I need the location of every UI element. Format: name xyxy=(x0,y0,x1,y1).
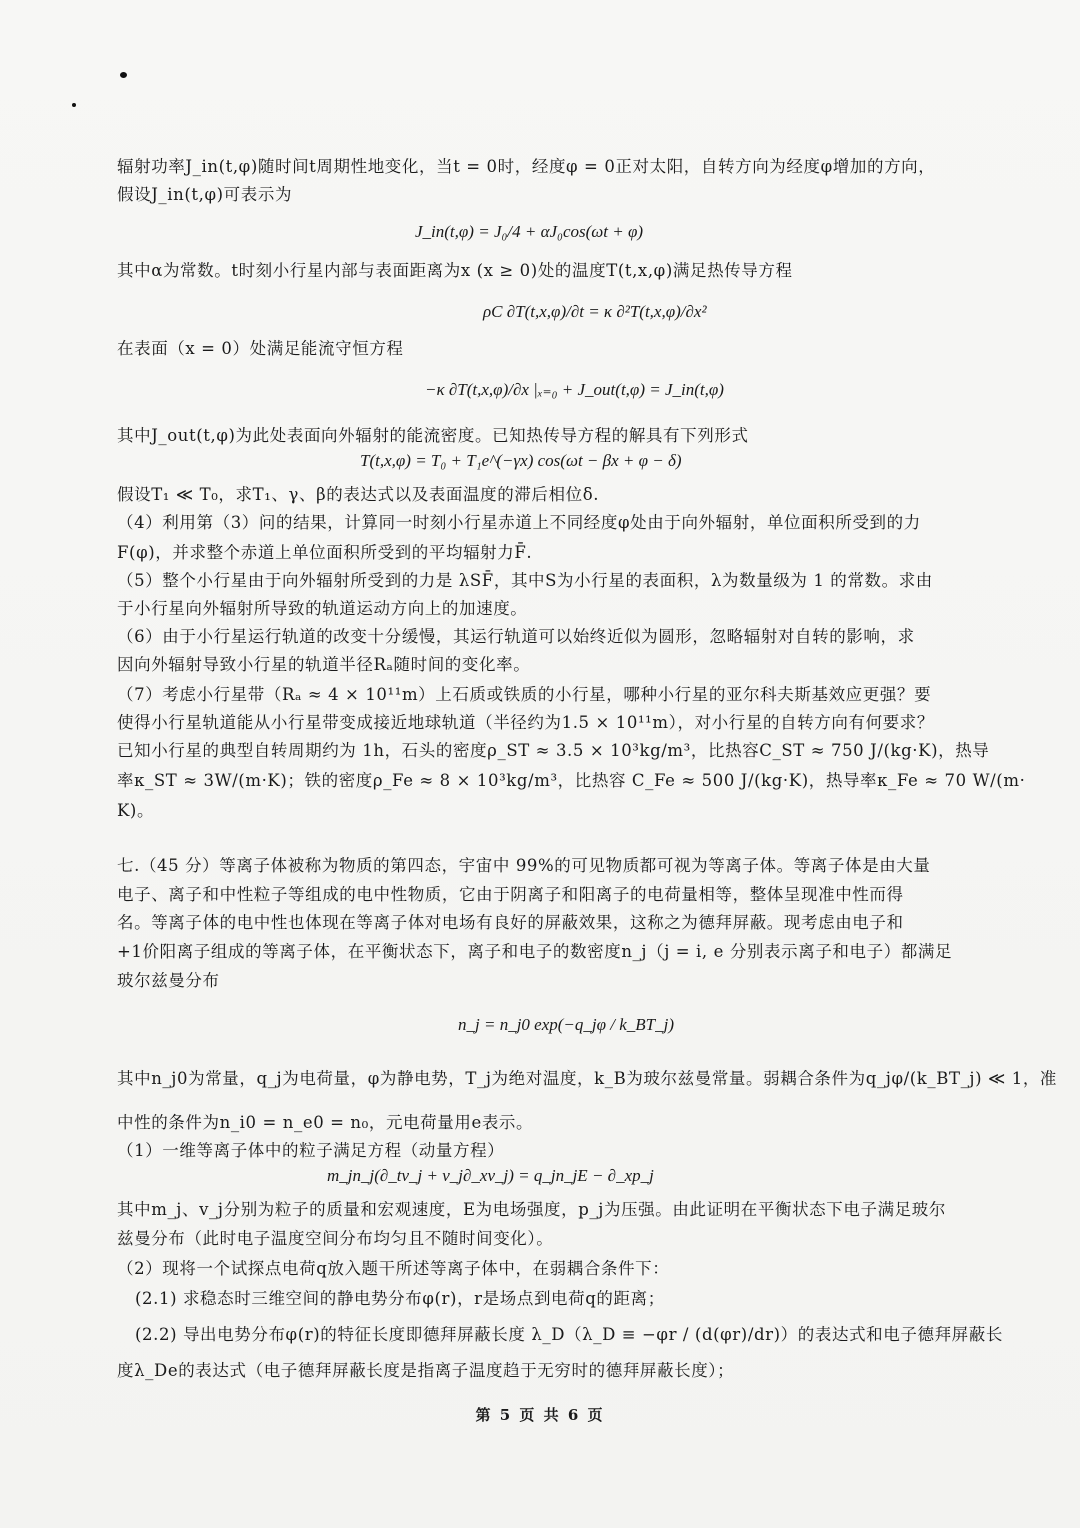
text-line: F(φ)，并求整个赤道上单位面积所受到的平均辐射力F̄. xyxy=(117,542,980,564)
question-7-2: （2）现将一个试探点电荷q放入题干所述等离子体中，在弱耦合条件下： xyxy=(117,1258,980,1280)
text-line: 于小行星向外辐射所导致的轨道运动方向上的加速度。 xyxy=(117,598,980,620)
equation-solution: T(t,x,φ) = T₀ + T₁e^(−γx) cos(ωt − βx + … xyxy=(360,451,682,471)
question-7: （7）考虑小行星带（Rₐ ≈ 4 × 10¹¹m）上石质或铁质的小行星，哪种小行… xyxy=(117,684,980,706)
text-line: 名。等离子体的电中性也体现在等离子体对电场有良好的屏蔽效果，这称之为德拜屏蔽。现… xyxy=(117,912,980,934)
problem-7-intro: 七.（45 分）等离子体被称为物质的第四态，宇宙中 99%的可见物质都可视为等离… xyxy=(117,855,980,877)
question-6: （6）由于小行星运行轨道的改变十分缓慢，其运行轨道可以始终近似为圆形，忽略辐射对… xyxy=(117,626,980,648)
text-line: 在表面（x = 0）处满足能流守恒方程 xyxy=(117,338,980,360)
question-5: （5）整个小行星由于向外辐射所受到的力是 λSF̄，其中S为小行星的表面积，λ为… xyxy=(117,570,980,592)
text-line: 假设J_in(t,φ)可表示为 xyxy=(117,184,980,206)
text-line: 兹曼分布（此时电子温度空间分布均匀且不随时间变化）。 xyxy=(117,1228,980,1250)
question-7-2-1: (2.1) 求稳态时三维空间的静电势分布φ(r)，r是场点到电荷q的距离； xyxy=(135,1288,980,1310)
text-line: 其中α为常数。t时刻小行星内部与表面距离为x (x ≥ 0)处的温度T(t,x,… xyxy=(117,260,980,282)
equation-jin: J_in(t,φ) = J₀/4 + αJ₀cos(ωt + φ) xyxy=(415,222,643,242)
text-line: 已知小行星的典型自转周期约为 1h，石头的密度ρ_ST ≈ 3.5 × 10³k… xyxy=(117,740,980,762)
text-line: 其中m_j、v_j分别为粒子的质量和宏观速度，E为电场强度，p_j为压强。由此证… xyxy=(117,1199,980,1221)
page-number-footer: 第 5 页 共 6 页 xyxy=(0,1404,1080,1425)
text-line: 其中J_out(t,φ)为此处表面向外辐射的能流密度。已知热传导方程的解具有下列… xyxy=(117,425,980,447)
equation-boltzmann: n_j = n_j0 exp(−q_jφ / k_BT_j) xyxy=(458,1015,674,1035)
text-line: 玻尔兹曼分布 xyxy=(117,970,980,992)
text-line: 因向外辐射导致小行星的轨道半径Rₐ随时间的变化率。 xyxy=(117,654,980,676)
question-7-2-2: (2.2) 导出电势分布φ(r)的特征长度即德拜屏蔽长度 λ_D（λ_D ≡ −… xyxy=(135,1324,980,1346)
equation-heat: ρC ∂T(t,x,φ)/∂t = κ ∂²T(t,x,φ)/∂x² xyxy=(483,302,707,322)
equation-momentum: m_jn_j(∂_tv_j + v_j∂_xv_j) = q_jn_jE − ∂… xyxy=(327,1166,654,1186)
ink-speck xyxy=(72,103,76,107)
text-line: 使得小行星轨道能从小行星带变成接近地球轨道（半径约为1.5 × 10¹¹m），对… xyxy=(117,712,980,734)
text-line: 中性的条件为n_i0 = n_e0 = n₀，元电荷量用e表示。 xyxy=(117,1112,980,1134)
text-line: 辐射功率J_in(t,φ)随时间t周期性地变化，当t = 0时，经度φ = 0正… xyxy=(117,156,980,178)
text-line: 其中n_j0为常量，q_j为电荷量，φ为静电势，T_j为绝对温度，k_B为玻尔兹… xyxy=(117,1068,980,1090)
text-line: K)。 xyxy=(117,800,980,822)
exam-page: 辐射功率J_in(t,φ)随时间t周期性地变化，当t = 0时，经度φ = 0正… xyxy=(0,0,1080,1528)
text-line: 率κ_ST ≈ 3W/(m·K)；铁的密度ρ_Fe ≈ 8 × 10³kg/m³… xyxy=(117,770,980,792)
text-line: 度λ_De的表达式（电子德拜屏蔽长度是指离子温度趋于无穷时的德拜屏蔽长度）； xyxy=(117,1360,980,1382)
ink-speck xyxy=(120,72,127,78)
text-line: +1价阳离子组成的等离子体，在平衡状态下，离子和电子的数密度n_j（j = i,… xyxy=(117,941,980,963)
text-line: 电子、离子和中性粒子等组成的电中性物质，它由于阴离子和阳离子的电荷量相等，整体呈… xyxy=(117,884,980,906)
question-4: （4）利用第（3）问的结果，计算同一时刻小行星赤道上不同经度φ处由于向外辐射，单… xyxy=(117,512,980,534)
equation-flux: −κ ∂T(t,x,φ)/∂x |ₓ₌₀ + J_out(t,φ) = J_in… xyxy=(425,380,724,400)
question-7-1: （1）一维等离子体中的粒子满足方程（动量方程） xyxy=(117,1140,980,1162)
text-line: 假设T₁ ≪ T₀，求T₁、γ、β的表达式以及表面温度的滞后相位δ. xyxy=(117,484,980,506)
